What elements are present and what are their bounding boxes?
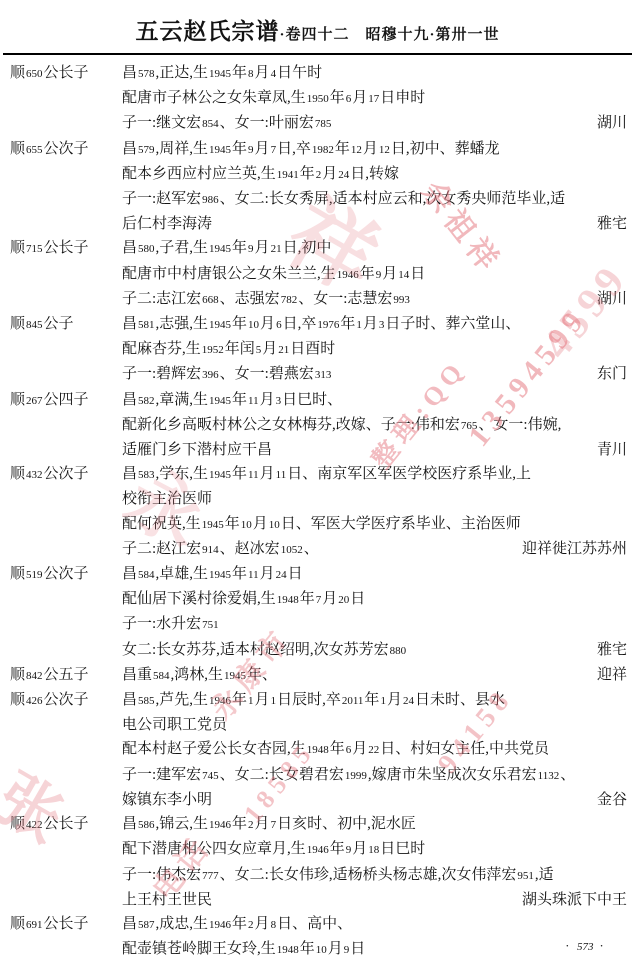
entry-text: 昌585,芦先,生1946年1月1日辰时,卒2011年1月24日未时、县水 — [122, 688, 505, 713]
entry-line: 配本乡西应村应兰英,生1941年2月24日,转嫁 — [122, 162, 627, 187]
entry-line: 配麻杏芬,生1952年闰5月21日酉时 — [122, 337, 627, 362]
entry-content: 昌重584,鸿林,生1945年、迎祥 — [122, 663, 627, 688]
entry-line: 校衔主治医师 — [122, 487, 627, 511]
entry-text: 子二:赵江宏914、赵冰宏1052、 — [122, 537, 319, 562]
entry-row: 顺842公五子昌重584,鸿林,生1945年、迎祥 — [10, 663, 627, 688]
entry-text: 配新化乡高畈村林公之女林梅芬,改嫁、子一:伟和宏765、女一:伟婉, — [122, 413, 561, 438]
entry-text: 子一:伟杰宏777、女二:长女伟珍,适杨桥头杨志雄,次女伟萍宏951,适 — [122, 863, 554, 888]
entry-line: 昌重584,鸿林,生1945年、迎祥 — [122, 663, 627, 688]
entry-text: 配下潜唐相公四女应章月,生1946年9月18日巳时 — [122, 837, 425, 862]
entry-text: 配麻杏芬,生1952年闰5月21日酉时 — [122, 337, 335, 362]
entry-line: 配新化乡高畈村林公之女林梅芬,改嫁、子一:伟和宏765、女一:伟婉, — [122, 413, 627, 438]
entry-content: 昌585,芦先,生1946年1月1日辰时,卒2011年1月24日未时、县水电公司… — [122, 688, 627, 812]
entry-line: 配本村赵子爱公长女杏园,生1948年6月22日、村妇女主任,中共党员 — [122, 737, 627, 762]
generation-label: 顺715公长子 — [10, 236, 122, 261]
generation-label: 顺422公长子 — [10, 812, 122, 837]
entry-content: 昌580,子君,生1945年9月21日,初中配唐市中村唐银公之女朱兰兰,生194… — [122, 236, 627, 312]
entry-text: 女二:长女苏芬,适本村赵绍明,次女苏芳宏880 — [122, 638, 407, 663]
entry-line: 配唐市中村唐银公之女朱兰兰,生1946年9月14日 — [122, 262, 627, 287]
generation-label: 顺650公长子 — [10, 61, 122, 86]
entry-line: 子一:赵军宏986、女二:长女秀屏,适本村应云和,次女秀央师范毕业,适 — [122, 187, 627, 212]
entry-text: 校衔主治医师 — [122, 487, 212, 511]
entry-text: 子一:赵军宏986、女二:长女秀屏,适本村应云和,次女秀央师范毕业,适 — [122, 187, 565, 212]
entry-text: 配仙居下溪村徐爱娟,生1948年7月20日 — [122, 587, 365, 612]
entry-text: 配壶镇苍岭脚王女玲,生1948年10月9日 — [122, 937, 365, 962]
entry-line: 后仁村李海涛雅宅 — [122, 212, 627, 236]
page-number: · 573 · — [566, 938, 606, 954]
entry-text: 配唐市中村唐银公之女朱兰兰,生1946年9月14日 — [122, 262, 425, 287]
entry-row: 顺267公四子昌582,章满,生1945年11月3日巳时、配新化乡高畈村林公之女… — [10, 388, 627, 463]
entry-line: 配壶镇苍岭脚王女玲,生1948年10月9日 — [122, 937, 627, 962]
entries-list: 顺650公长子昌578,正达,生1945年8月4日午时配唐市子林公之女朱章凤,生… — [0, 55, 635, 962]
entry-text: 昌578,正达,生1945年8月4日午时 — [122, 61, 322, 86]
entry-line: 嫁镇东李小明金谷 — [122, 788, 627, 812]
entry-row: 顺426公次子昌585,芦先,生1946年1月1日辰时,卒2011年1月24日未… — [10, 688, 627, 812]
entry-text: 昌重584,鸿林,生1945年、 — [122, 663, 277, 688]
residence-label: 迎祥 — [591, 663, 627, 688]
entry-text: 昌579,周祥,生1945年9月7日,卒1982年12月12日,初中、葬蟠龙 — [122, 137, 500, 162]
entry-line: 配唐市子林公之女朱章凤,生1950年6月17日申时 — [122, 86, 627, 111]
entry-line: 昌579,周祥,生1945年9月7日,卒1982年12月12日,初中、葬蟠龙 — [122, 137, 627, 162]
entry-line: 昌584,卓雄,生1945年11月24日 — [122, 562, 627, 587]
entry-line: 配仙居下溪村徐爱娟,生1948年7月20日 — [122, 587, 627, 612]
entry-line: 昌581,志强,生1945年10月6日,卒1976年1月3日子时、葬六堂山、 — [122, 312, 627, 337]
entry-line: 昌580,子君,生1945年9月21日,初中 — [122, 236, 627, 261]
generation-label: 顺845公子 — [10, 312, 122, 337]
entry-line: 电公司职工党员 — [122, 713, 627, 737]
generation-label: 顺842公五子 — [10, 663, 122, 688]
entry-content: 昌587,成忠,生1946年2月8日、高中、配壶镇苍岭脚王女玲,生1948年10… — [122, 912, 627, 962]
entry-line: 昌583,学东,生1945年11月11日、南京军区军医学校医疗系毕业,上 — [122, 462, 627, 487]
entry-line: 昌578,正达,生1945年8月4日午时 — [122, 61, 627, 86]
entry-line: 子一:伟杰宏777、女二:长女伟珍,适杨桥头杨志雄,次女伟萍宏951,适 — [122, 863, 627, 888]
entry-text: 子一:碧辉宏396、女一:碧燕宏313 — [122, 362, 332, 387]
entry-text: 电公司职工党员 — [122, 713, 227, 737]
entry-row: 顺650公长子昌578,正达,生1945年8月4日午时配唐市子林公之女朱章凤,生… — [10, 61, 627, 137]
entry-content: 昌582,章满,生1945年11月3日巳时、配新化乡高畈村林公之女林梅芬,改嫁、… — [122, 388, 627, 463]
page-header: 五云赵氏宗谱·卷四十二 昭穆十九·第卅一世 — [0, 0, 635, 46]
entry-line: 昌586,锦云,生1946年2月7日亥时、初中,泥水匠 — [122, 812, 627, 837]
entry-text: 后仁村李海涛 — [122, 212, 212, 236]
entry-content: 昌579,周祥,生1945年9月7日,卒1982年12月12日,初中、葬蟠龙配本… — [122, 137, 627, 237]
entry-text: 昌583,学东,生1945年11月11日、南京军区军医学校医疗系毕业,上 — [122, 462, 531, 487]
entry-line: 昌585,芦先,生1946年1月1日辰时,卒2011年1月24日未时、县水 — [122, 688, 627, 713]
residence-label: 东门 — [591, 362, 627, 387]
residence-label: 湖头珠派下中王 — [516, 888, 627, 912]
entry-text: 嫁镇东李小明 — [122, 788, 212, 812]
generation-label: 顺519公次子 — [10, 562, 122, 587]
entry-text: 适雁门乡下潜村应干昌 — [122, 438, 272, 462]
entry-content: 昌586,锦云,生1946年2月7日亥时、初中,泥水匠配下潜唐相公四女应章月,生… — [122, 812, 627, 912]
residence-label: 湖川 — [591, 111, 627, 136]
entry-line: 子一:水升宏751 — [122, 612, 627, 637]
entry-content: 昌578,正达,生1945年8月4日午时配唐市子林公之女朱章凤,生1950年6月… — [122, 61, 627, 137]
entry-line: 配何祝英,生1945年10月10日、军医大学医疗系毕业、主治医师 — [122, 512, 627, 537]
entry-line: 子二:赵江宏914、赵冰宏1052、迎祥徙江苏苏州 — [122, 537, 627, 562]
entry-text: 子一:建军宏745、女二:长女碧君宏1999,嫁唐市朱坚成次女乐君宏1132、 — [122, 763, 575, 788]
entry-text: 配何祝英,生1945年10月10日、军医大学医疗系毕业、主治医师 — [122, 512, 521, 537]
entry-content: 昌584,卓雄,生1945年11月24日配仙居下溪村徐爱娟,生1948年7月20… — [122, 562, 627, 663]
entry-row: 顺422公长子昌586,锦云,生1946年2月7日亥时、初中,泥水匠配下潜唐相公… — [10, 812, 627, 912]
entry-text: 昌587,成忠,生1946年2月8日、高中、 — [122, 912, 352, 937]
entry-line: 子二:志江宏668、志强宏782、女一:志慧宏993湖川 — [122, 287, 627, 312]
entry-line: 昌587,成忠,生1946年2月8日、高中、 — [122, 912, 627, 937]
entry-row: 顺715公长子昌580,子君,生1945年9月21日,初中配唐市中村唐银公之女朱… — [10, 236, 627, 312]
generation-label: 顺432公次子 — [10, 462, 122, 487]
entry-text: 昌582,章满,生1945年11月3日巳时、 — [122, 388, 342, 413]
entry-text: 配本乡西应村应兰英,生1941年2月24日,转嫁 — [122, 162, 399, 187]
entry-row: 顺432公次子昌583,学东,生1945年11月11日、南京军区军医学校医疗系毕… — [10, 462, 627, 562]
entry-row: 顺655公次子昌579,周祥,生1945年9月7日,卒1982年12月12日,初… — [10, 137, 627, 237]
entry-content: 昌583,学东,生1945年11月11日、南京军区军医学校医疗系毕业,上校衔主治… — [122, 462, 627, 562]
entry-text: 昌586,锦云,生1946年2月7日亥时、初中,泥水匠 — [122, 812, 416, 837]
entry-text: 子一:水升宏751 — [122, 612, 220, 637]
entry-text: 昌580,子君,生1945年9月21日,初中 — [122, 236, 331, 261]
entry-text: 子一:继文宏854、女一:叶丽宏785 — [122, 111, 332, 136]
residence-label: 迎祥徙江苏苏州 — [516, 537, 627, 562]
entry-row: 顺691公长子昌587,成忠,生1946年2月8日、高中、配壶镇苍岭脚王女玲,生… — [10, 912, 627, 962]
entry-line: 子一:建军宏745、女二:长女碧君宏1999,嫁唐市朱坚成次女乐君宏1132、 — [122, 763, 627, 788]
genealogy-page: 五云赵氏宗谱·卷四十二 昭穆十九·第卅一世 顺650公长子昌578,正达,生19… — [0, 0, 635, 968]
entry-text: 上王村王世民 — [122, 888, 212, 912]
generation-label: 顺426公次子 — [10, 688, 122, 713]
entry-line: 适雁门乡下潜村应干昌青川 — [122, 438, 627, 462]
entry-line: 子一:碧辉宏396、女一:碧燕宏313东门 — [122, 362, 627, 387]
book-title: 五云赵氏宗谱 — [135, 19, 279, 44]
entry-line: 上王村王世民湖头珠派下中王 — [122, 888, 627, 912]
entry-text: 配本村赵子爱公长女杏园,生1948年6月22日、村妇女主任,中共党员 — [122, 737, 549, 762]
entry-text: 配唐市子林公之女朱章凤,生1950年6月17日申时 — [122, 86, 425, 111]
entry-line: 昌582,章满,生1945年11月3日巳时、 — [122, 388, 627, 413]
generation-label: 顺691公长子 — [10, 912, 122, 937]
residence-label: 湖川 — [591, 287, 627, 312]
entry-row: 顺519公次子昌584,卓雄,生1945年11月24日配仙居下溪村徐爱娟,生19… — [10, 562, 627, 663]
entry-text: 昌581,志强,生1945年10月6日,卒1976年1月3日子时、葬六堂山、 — [122, 312, 520, 337]
residence-label: 金谷 — [591, 788, 627, 812]
entry-line: 子一:继文宏854、女一:叶丽宏785湖川 — [122, 111, 627, 136]
residence-label: 雅宅 — [591, 212, 627, 236]
generation-label: 顺267公四子 — [10, 388, 122, 413]
residence-label: 雅宅 — [591, 638, 627, 663]
generation-label: 顺655公次子 — [10, 137, 122, 162]
entry-line: 配下潜唐相公四女应章月,生1946年9月18日巳时 — [122, 837, 627, 862]
entry-content: 昌581,志强,生1945年10月6日,卒1976年1月3日子时、葬六堂山、配麻… — [122, 312, 627, 388]
residence-label: 青川 — [591, 438, 627, 462]
entry-text: 昌584,卓雄,生1945年11月24日 — [122, 562, 303, 587]
volume-subtitle: ·卷四十二 昭穆十九·第卅一世 — [279, 27, 499, 43]
entry-line: 女二:长女苏芬,适本村赵绍明,次女苏芳宏880雅宅 — [122, 638, 627, 663]
entry-row: 顺845公子昌581,志强,生1945年10月6日,卒1976年1月3日子时、葬… — [10, 312, 627, 388]
entry-text: 子二:志江宏668、志强宏782、女一:志慧宏993 — [122, 287, 411, 312]
